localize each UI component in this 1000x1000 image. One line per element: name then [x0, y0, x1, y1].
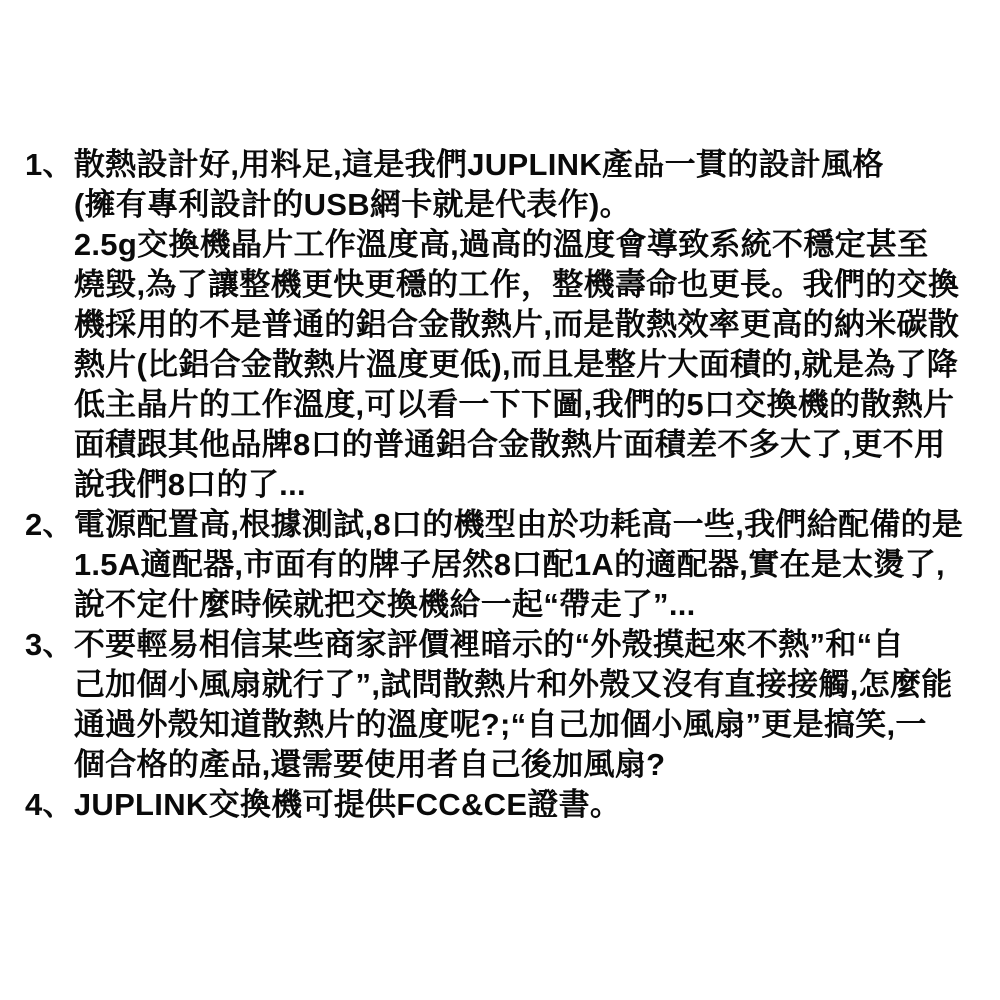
item-text: JUPLINK交換機可提供FCC&CE證書。	[74, 785, 972, 825]
product-description-page: 1、 散熱設計好,用料足,這是我們JUPLINK產品一貫的設計風格 (擁有專利設…	[0, 0, 1000, 1000]
list-item: 4、 JUPLINK交換機可提供FCC&CE證書。	[25, 785, 972, 825]
item-number: 3、	[25, 625, 74, 665]
item-number: 1、	[25, 145, 74, 185]
item-text: 不要輕易相信某些商家評價裡暗示的“外殼摸起來不熱”和“自 己加個小風扇就行了”,…	[74, 625, 972, 785]
list-item: 3、 不要輕易相信某些商家評價裡暗示的“外殼摸起來不熱”和“自 己加個小風扇就行…	[25, 625, 972, 785]
item-text: 電源配置高,根據測試,8口的機型由於功耗高一些,我們給配備的是 1.5A適配器,…	[74, 505, 972, 625]
item-text: 散熱設計好,用料足,這是我們JUPLINK產品一貫的設計風格 (擁有專利設計的U…	[74, 145, 972, 505]
item-number: 2、	[25, 505, 74, 545]
feature-list: 1、 散熱設計好,用料足,這是我們JUPLINK產品一貫的設計風格 (擁有專利設…	[25, 145, 972, 825]
list-item: 1、 散熱設計好,用料足,這是我們JUPLINK產品一貫的設計風格 (擁有專利設…	[25, 145, 972, 505]
item-number: 4、	[25, 785, 74, 825]
list-item: 2、 電源配置高,根據測試,8口的機型由於功耗高一些,我們給配備的是 1.5A適…	[25, 505, 972, 625]
